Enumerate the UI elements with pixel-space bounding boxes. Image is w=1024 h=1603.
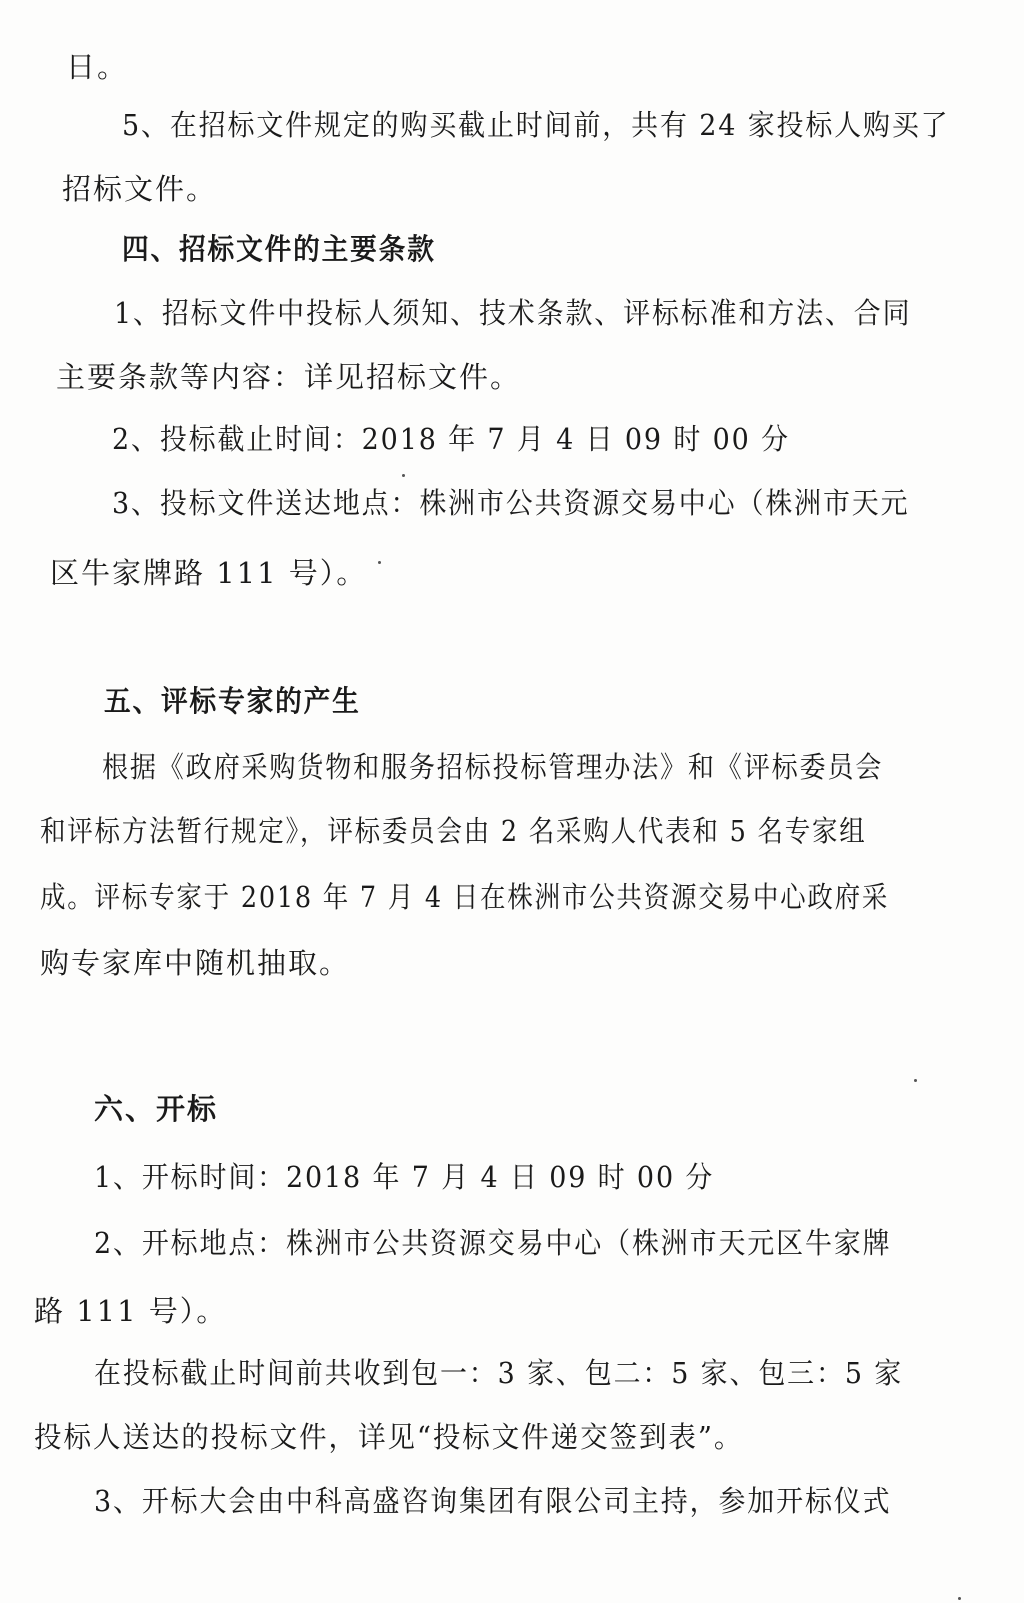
paragraph-line: 成。评标专家于 2018 年 7 月 4 日在株洲市公共资源交易中心政府采 [40,880,889,914]
paragraph-line: 区牛家牌路 111 号）。 [50,556,367,590]
paragraph-line: 2、投标截止时间：2018 年 7 月 4 日 09 时 00 分 [112,422,790,456]
paragraph-line: 在投标截止时间前共收到包一：3 家、包二：5 家、包三：5 家 [94,1356,903,1390]
paragraph-line: 投标人送达的投标文件，详见“投标文件递交签到表”。 [34,1420,743,1454]
scan-speck [914,1079,917,1082]
scan-speck [958,1597,961,1600]
scan-speck [402,474,405,477]
section-heading-bid-opening: 六、开标 [94,1092,218,1126]
paragraph-line: 购专家库中随机抽取。 [40,946,350,980]
scan-speck [378,561,381,564]
paragraph-line: 3、投标文件送达地点：株洲市公共资源交易中心（株洲市天元 [112,486,909,520]
section-heading-terms: 四、招标文件的主要条款 [122,232,436,266]
paragraph-line: 1、招标文件中投标人须知、技术条款、评标标准和方法、合同 [114,296,911,330]
paragraph-line: 5、在招标文件规定的购买截止时间前，共有 24 家投标人购买了 [122,108,950,142]
scanned-document-page: 日。 5、在招标文件规定的购买截止时间前，共有 24 家投标人购买了 招标文件。… [0,0,1024,1603]
paragraph-line: 路 111 号）。 [34,1294,227,1328]
section-heading-experts: 五、评标专家的产生 [104,684,361,718]
paragraph-line: 2、开标地点：株洲市公共资源交易中心（株洲市天元区牛家牌 [94,1226,891,1260]
paragraph-line: 招标文件。 [62,172,217,206]
paragraph-line: 日。 [66,50,126,84]
paragraph-line: 根据《政府采购货物和服务招标投标管理办法》和《评标委员会 [102,750,883,784]
paragraph-line: 1、开标时间：2018 年 7 月 4 日 09 时 00 分 [94,1160,714,1194]
paragraph-line: 和评标方法暂行规定》，评标委员会由 2 名采购人代表和 5 名专家组 [40,814,867,848]
paragraph-line: 3、开标大会由中科高盛咨询集团有限公司主持，参加开标仪式 [94,1484,891,1518]
paragraph-line: 主要条款等内容：详见招标文件。 [56,360,521,394]
